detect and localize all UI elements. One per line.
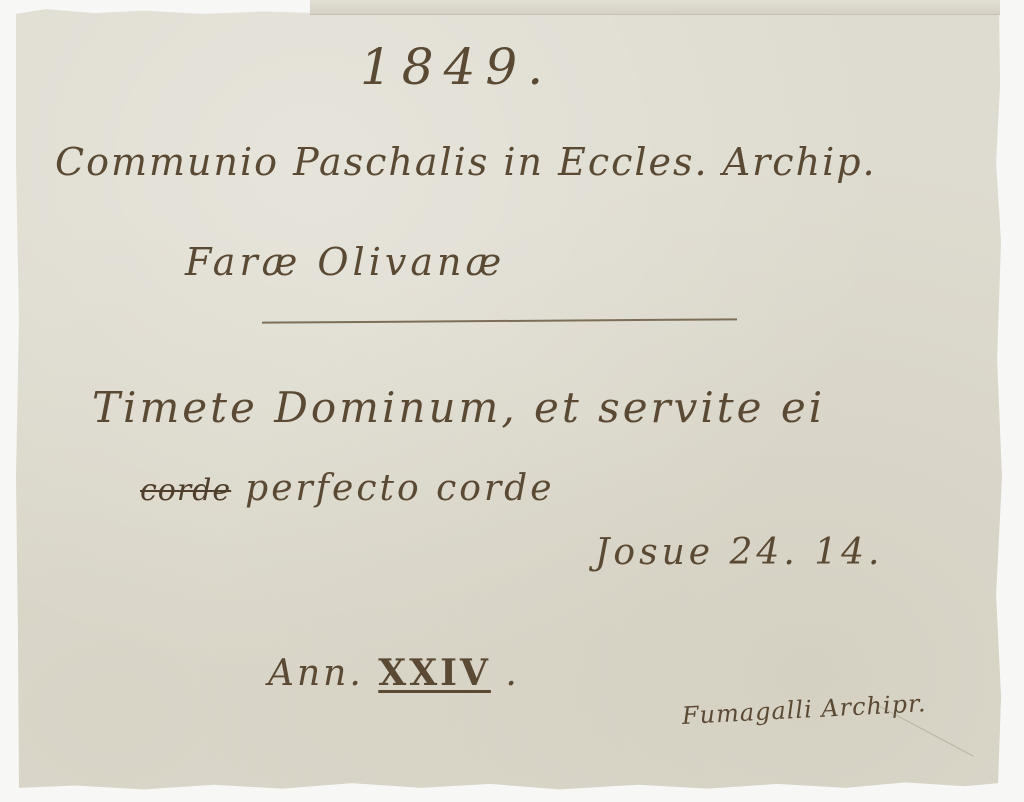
quote-line-1: Timete Dominum, et servite ei [92, 383, 825, 432]
heading-line-2: Faræ Olivanæ [185, 240, 505, 284]
annus-line: Ann. XXIV . [268, 652, 520, 694]
scripture-citation: Josue 24. 14. [595, 532, 883, 573]
heading-line-1: Communio Paschalis in Eccles. Archip. [55, 140, 877, 184]
year-heading: 1849. [360, 38, 553, 96]
quote-line-2-wrap: cordeperfecto corde [140, 468, 555, 509]
quote-line-2: perfecto corde [245, 468, 554, 509]
annus-numeral: XXIV [378, 652, 491, 694]
struck-word: corde [140, 473, 231, 508]
annus-label: Ann. [268, 653, 364, 694]
annus-suffix: . [505, 653, 519, 694]
scan-background: 1849. Communio Paschalis in Eccles. Arch… [0, 0, 1024, 802]
top-fold [310, 0, 1000, 15]
